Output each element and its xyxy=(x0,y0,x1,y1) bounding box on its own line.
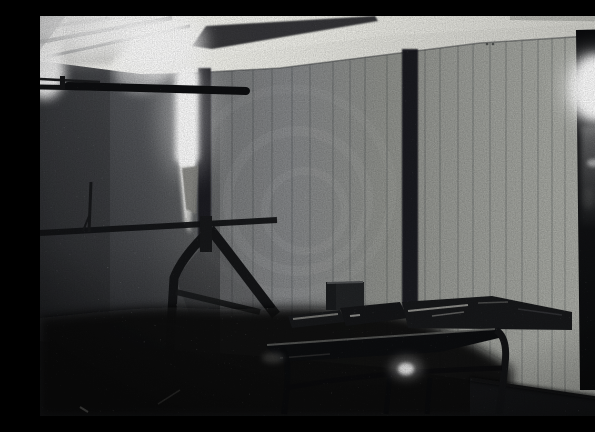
photograph: Dim interior of a wooden shed: a vertica… xyxy=(40,16,595,416)
photo-canvas xyxy=(40,16,595,416)
vignette xyxy=(40,16,595,416)
